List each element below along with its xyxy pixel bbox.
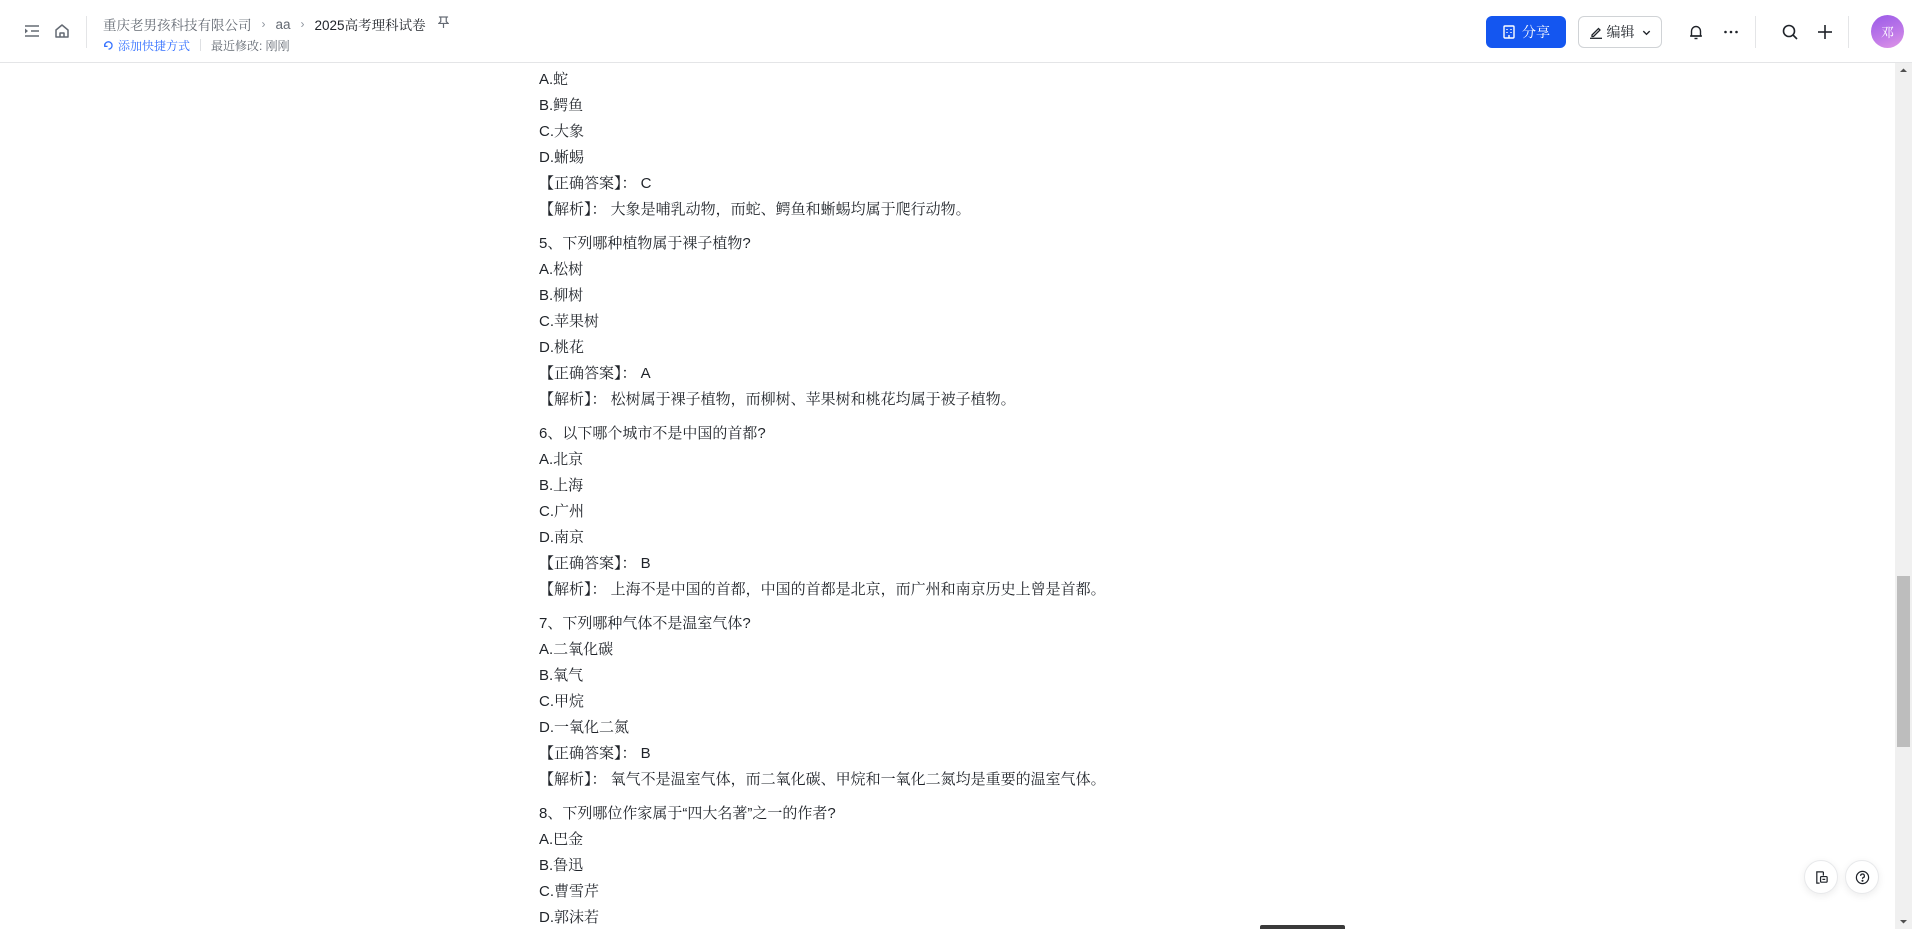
question-title: 7、下列哪种气体不是温室气体?: [539, 611, 1339, 637]
share-label: 分享: [1522, 22, 1550, 42]
bottom-handle: [1260, 925, 1345, 929]
plus-icon[interactable]: [1813, 20, 1837, 44]
pin-icon[interactable]: [438, 16, 449, 32]
breadcrumb-item-company[interactable]: 重庆老男孩科技有限公司: [103, 14, 252, 34]
help-icon: [1855, 870, 1870, 885]
add-shortcut-label: 添加快捷方式: [118, 37, 190, 54]
shortcut-icon: [103, 40, 114, 51]
option-d: D.南京: [539, 525, 1339, 551]
correct-answer: 【正确答案】： C: [539, 171, 1339, 197]
question-block-partial: A.蛇 B.鳄鱼 C.大象 D.蜥蜴 【正确答案】： C 【解析】： 大象是哺乳…: [539, 67, 1339, 223]
share-button[interactable]: 分享: [1486, 16, 1566, 48]
option-b: B.柳树: [539, 283, 1339, 309]
question-title: 8、下列哪位作家属于“四大名著”之一的作者?: [539, 801, 1339, 827]
question-block-6: 6、以下哪个城市不是中国的首都? A.北京 B.上海 C.广州 D.南京 【正确…: [539, 421, 1339, 603]
correct-answer: 【正确答案】： B: [539, 551, 1339, 577]
option-b: B.鳄鱼: [539, 93, 1339, 119]
header-divider: [86, 16, 87, 48]
option-c: C.苹果树: [539, 309, 1339, 335]
user-avatar[interactable]: 邓: [1871, 15, 1904, 48]
option-b: B.鲁迅: [539, 853, 1339, 879]
breadcrumb-item-folder[interactable]: aa: [276, 17, 291, 32]
question-title: 6、以下哪个城市不是中国的首都?: [539, 421, 1339, 447]
option-a: A.巴金: [539, 827, 1339, 853]
scroll-down-arrow-icon[interactable]: [1899, 917, 1908, 926]
option-a: A.松树: [539, 257, 1339, 283]
option-c: C.甲烷: [539, 689, 1339, 715]
chevron-down-icon: [1641, 27, 1652, 38]
option-d: D.桃花: [539, 335, 1339, 361]
option-b: B.上海: [539, 473, 1339, 499]
scroll-up-arrow-icon[interactable]: [1899, 66, 1908, 75]
search-icon[interactable]: [1778, 20, 1802, 44]
doc-meta: 添加快捷方式 最近修改: 刚刚: [103, 37, 290, 53]
header-divider: [1755, 16, 1756, 48]
question-block-8: 8、下列哪位作家属于“四大名著”之一的作者? A.巴金 B.鲁迅 C.曹雪芹 D…: [539, 801, 1339, 929]
correct-answer: 【正确答案】： A: [539, 361, 1339, 387]
option-b: B.氧气: [539, 663, 1339, 689]
chevron-right-icon: ›: [262, 17, 266, 31]
sidebar-toggle-icon[interactable]: [20, 19, 44, 43]
correct-answer: 【正确答案】： B: [539, 741, 1339, 767]
option-d: D.一氧化二氮: [539, 715, 1339, 741]
document-comment-button[interactable]: [1804, 860, 1838, 894]
question-block-5: 5、下列哪种植物属于裸子植物? A.松树 B.柳树 C.苹果树 D.桃花 【正确…: [539, 231, 1339, 413]
question-block-7: 7、下列哪种气体不是温室气体? A.二氧化碳 B.氧气 C.甲烷 D.一氧化二氮…: [539, 611, 1339, 793]
question-title: 5、下列哪种植物属于裸子植物?: [539, 231, 1339, 257]
document-comment-icon: [1814, 870, 1829, 885]
explanation: 【解析】： 上海不是中国的首都，中国的首都是北京，而广州和南京历史上曾是首都。: [539, 577, 1339, 603]
explanation: 【解析】： 氧气不是温室气体，而二氧化碳、甲烷和一氧化二氮均是重要的温室气体。: [539, 767, 1339, 793]
option-a: A.二氧化碳: [539, 637, 1339, 663]
option-c: C.广州: [539, 499, 1339, 525]
meta-divider: [200, 39, 201, 51]
chevron-right-icon: ›: [301, 17, 305, 31]
scrollbar-thumb[interactable]: [1897, 576, 1910, 747]
breadcrumb: 重庆老男孩科技有限公司 › aa › 2025高考理科试卷: [103, 14, 449, 34]
edit-mode-button[interactable]: 编辑: [1578, 16, 1662, 48]
pencil-icon: [1589, 25, 1603, 39]
document-body: A.蛇 B.鳄鱼 C.大象 D.蜥蜴 【正确答案】： C 【解析】： 大象是哺乳…: [539, 64, 1339, 929]
bell-icon[interactable]: [1684, 20, 1708, 44]
home-icon[interactable]: [50, 19, 74, 43]
add-shortcut-link[interactable]: 添加快捷方式: [103, 37, 190, 54]
edit-label: 编辑: [1607, 22, 1635, 42]
vertical-scrollbar[interactable]: [1895, 63, 1912, 929]
option-d: D.蜥蜴: [539, 145, 1339, 171]
option-d: D.郭沫若: [539, 905, 1339, 929]
option-c: C.大象: [539, 119, 1339, 145]
option-a: A.北京: [539, 447, 1339, 473]
document-title[interactable]: 2025高考理科试卷: [315, 14, 426, 34]
explanation: 【解析】： 大象是哺乳动物，而蛇、鳄鱼和蜥蜴均属于爬行动物。: [539, 197, 1339, 223]
more-icon[interactable]: [1719, 20, 1743, 44]
share-building-icon: [1502, 25, 1516, 39]
help-button[interactable]: [1845, 860, 1879, 894]
option-a: A.蛇: [539, 67, 1339, 93]
doc-header: 重庆老男孩科技有限公司 › aa › 2025高考理科试卷 添加快捷方式 最近修…: [0, 0, 1912, 63]
last-modified: 最近修改: 刚刚: [211, 37, 290, 54]
option-c: C.曹雪芹: [539, 879, 1339, 905]
explanation: 【解析】： 松树属于裸子植物，而柳树、苹果树和桃花均属于被子植物。: [539, 387, 1339, 413]
header-divider: [1848, 16, 1849, 48]
